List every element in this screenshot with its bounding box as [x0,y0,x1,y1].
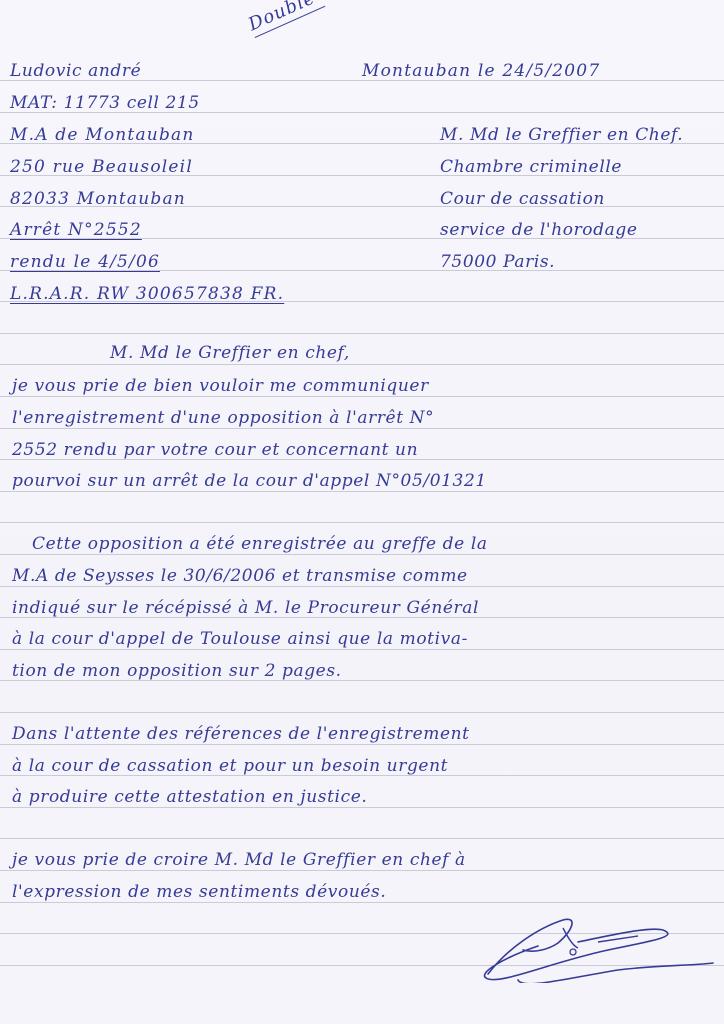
lrar-number: L.R.A.R. RW 300657838 FR. [10,284,284,304]
ruled-line [0,364,724,365]
ruled-line [0,807,724,808]
body-line: tion de mon opposition sur 2 pages. [12,663,342,680]
body-line: indiqué sur le récépissé à M. le Procure… [12,600,479,617]
body-line: Dans l'attente des références de l'enreg… [12,726,470,743]
recipient-line-4: service de l'horodage [440,222,638,239]
handwritten-signature-icon [478,908,718,983]
sender-street: 250 rue Beausoleil [10,159,193,176]
recipient-line-1: M. Md le Greffier en Chef. [440,127,683,144]
salutation: M. Md le Greffier en chef, [110,345,350,362]
sender-arret: Arrêt N°2552 [10,222,142,239]
ruled-line [0,744,724,745]
sender-city: 82033 Montauban [10,191,186,208]
ruled-line [0,649,724,650]
ruled-line [0,870,724,871]
ruled-line [0,554,724,555]
body-line: pourvoi sur un arrêt de la cour d'appel … [12,473,487,490]
body-line: M.A de Seysses le 30/6/2006 et transmise… [12,568,468,585]
ruled-line [0,586,724,587]
ruled-line [0,522,724,523]
body-line: je vous prie de croire M. Md le Greffier… [12,852,466,869]
body-line: à la cour d'appel de Toulouse ainsi que … [12,631,468,648]
body-line: je vous prie de bien vouloir me communiq… [12,378,429,395]
arret-ref: Arrêt N°2552 [10,220,142,240]
recipient-line-3: Cour de cassation [440,191,605,208]
sender-name: Ludovic andré [10,63,141,80]
ruled-line [0,491,724,492]
recipient-line-5: 75000 Paris. [440,254,555,271]
body-line: à produire cette attestation en justice. [12,789,367,806]
lined-paper [0,0,724,1024]
sender-establishment: M.A de Montauban [10,127,195,144]
ruled-line [0,428,724,429]
body-line: l'enregistrement d'une opposition à l'ar… [12,410,434,427]
body-line: 2552 rendu par votre cour et concernant … [12,442,418,459]
recipient-line-2: Chambre criminelle [440,159,622,176]
ruled-line [0,902,724,903]
ruled-line [0,712,724,713]
rendu-date: rendu le 4/5/06 [10,252,160,272]
ruled-line [0,396,724,397]
sender-lrar: L.R.A.R. RW 300657838 FR. [10,286,284,303]
ruled-line [0,838,724,839]
sender-matricule: MAT: 11773 cell 215 [10,95,200,112]
body-line: l'expression de mes sentiments dévoués. [12,884,386,901]
ruled-line [0,333,724,334]
body-line: Cette opposition a été enregistrée au gr… [32,536,488,553]
place-date: Montauban le 24/5/2007 [362,63,600,80]
sender-rendu: rendu le 4/5/06 [10,254,160,271]
body-line: à la cour de cassation et pour un besoin… [12,758,448,775]
